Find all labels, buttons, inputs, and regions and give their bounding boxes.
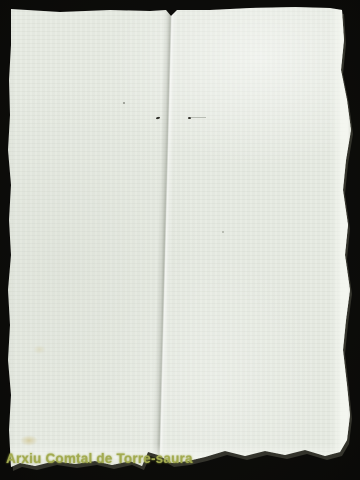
manuscript-sheet <box>0 0 360 480</box>
stain-mark <box>20 435 38 446</box>
ink-speck <box>222 231 224 233</box>
fold-crease <box>152 8 178 466</box>
scratch-mark <box>191 117 206 118</box>
stain-mark <box>33 345 46 354</box>
ink-speck <box>156 117 160 120</box>
archive-watermark: Arxiu Comtal de Torre-saura <box>6 451 193 466</box>
scanned-page-view: Arxiu Comtal de Torre-saura <box>0 0 360 480</box>
ink-speck <box>123 102 125 104</box>
